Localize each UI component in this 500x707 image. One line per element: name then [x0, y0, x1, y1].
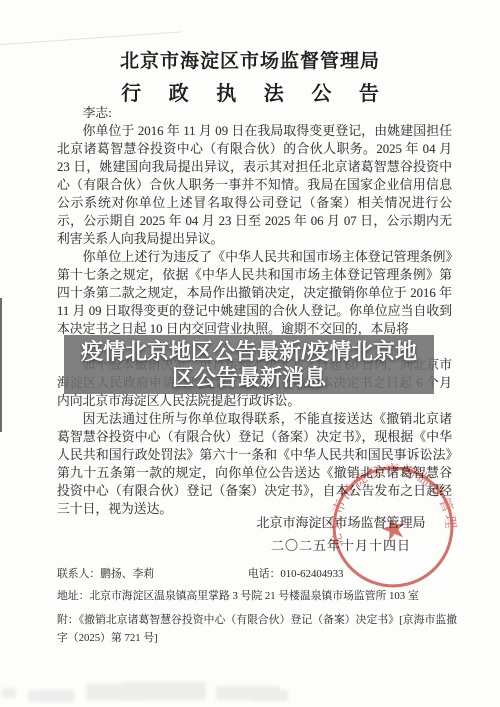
scanned-notice-page: 北京市海淀区市场监督管理局 行 政 执 法 公 告 李志: 你单位于 2016 … — [0, 0, 500, 707]
caption-line-2: 区公告最新消息 — [172, 365, 326, 391]
scan-smudge — [2, 688, 16, 698]
seal-star-icon: ★ — [376, 509, 411, 549]
contact-phone: 电话：010-62404933 — [248, 567, 343, 582]
issuing-authority-title: 北京市海淀区市场监督管理局 — [0, 46, 500, 73]
scan-smudge — [28, 690, 74, 702]
paragraph-registration-facts: 你单位于 2016 年 11 月 09 日在我局取得变更登记，由姚建国担任北京诸… — [57, 122, 452, 248]
scan-streak-artifact — [0, 31, 182, 45]
page-edge-line — [0, 298, 2, 432]
scan-smudge — [252, 690, 288, 701]
paragraph-revocation-decision: 你单位上述行为违反了《中华人民共和国市场主体登记管理条例》第十七条之规定，依据《… — [57, 248, 452, 338]
addressee: 李志: — [57, 104, 452, 122]
notice-body: 李志: 你单位于 2016 年 11 月 09 日在我局取得变更登记，由姚建国担… — [57, 104, 452, 518]
contact-person: 联系人：鹏扬、李莉 — [57, 568, 154, 580]
document-type-title: 行 政 执 法 公 告 — [0, 77, 500, 106]
caption-line-1: 疫情北京地区公告最新/疫情北京地 — [81, 339, 417, 365]
attachment-reference: 附：《撤销北京诸葛智慧谷投资中心（有限合伙）登记（备案）决定书》[京海市监撤字（… — [57, 611, 457, 647]
caption-overlay-band: 疫情北京地区公告最新/疫情北京地 区公告最新消息 — [64, 335, 434, 394]
scan-smudge — [122, 682, 206, 700]
